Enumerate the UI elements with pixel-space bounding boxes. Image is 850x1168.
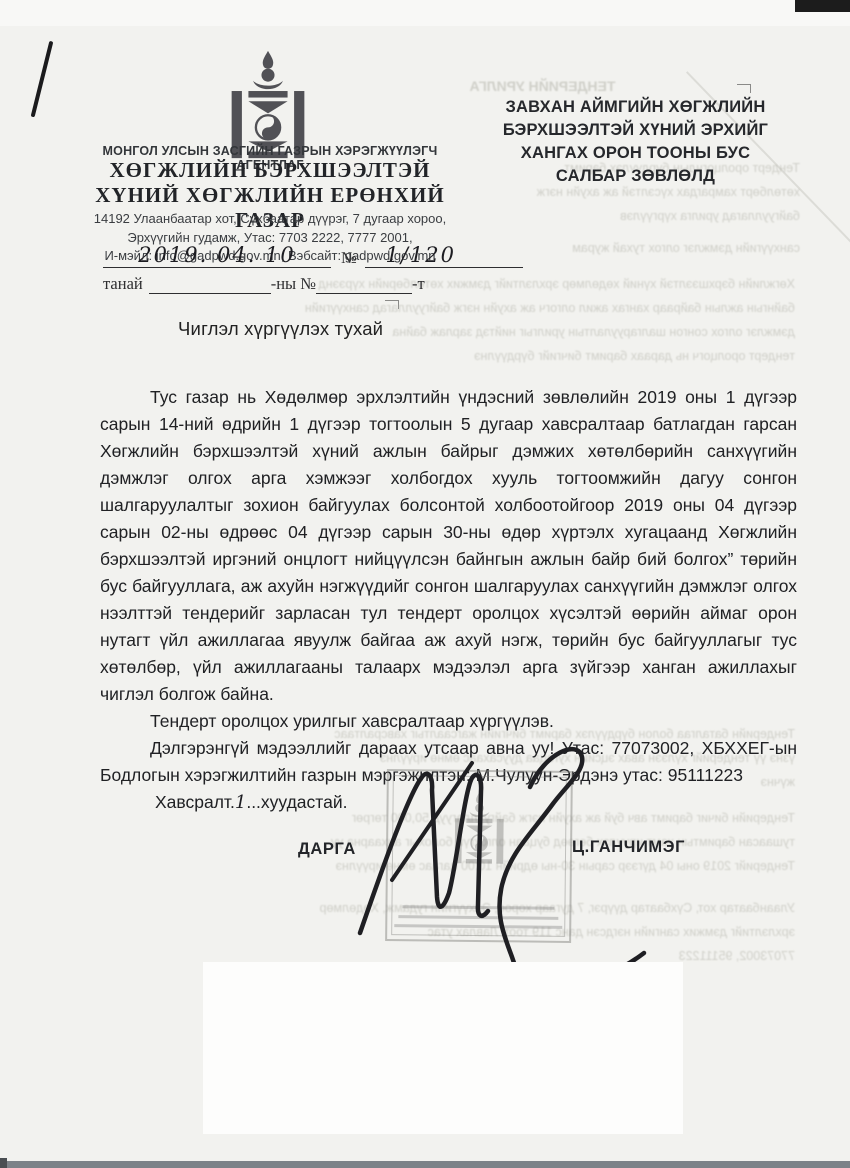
reply-suffix: -т [412,274,425,294]
bleedthrough-line: байгууллагад урилга хүргүүлэв [430,204,800,228]
recipient-line: ХАНГАХ ОРОН ТООНЫ БУС [468,142,803,165]
signature-stroke [360,774,488,933]
scan-corner-mark [795,0,850,12]
scanned-letter-page: ТЕНДЕРИЙН УРИЛГА Тендерт оролцогчдын бүр… [0,0,850,1168]
bleedthrough-line: байнгын ажлын байраар хангах ажил олгогч… [58,296,795,320]
crop-corner-bracket [737,84,751,93]
attachment-prefix: Хавсралт. [155,792,235,812]
bleedthrough-title: ТЕНДЕРИЙН УРИЛГА [425,74,660,98]
subject-line: Чиглэл хүргүүлэх тухай [178,318,383,340]
body-paragraph-1: Тус газар нь Хөдөлмөр эрхлэлтийн үндэсни… [100,384,797,708]
pen-slash-mark [31,41,53,118]
recipient-line: БЭРХШЭЭЛТЭЙ ХҮНИЙ ЭРХИЙГ [468,119,803,142]
bleedthrough-line: тендерт оролцогч нь дараах баримт бичгий… [58,344,795,368]
numero-symbol: № [341,248,357,268]
reply-reference-row: танай -ны № -т [103,274,425,294]
reference-date: 2019. 04. 10 [103,243,331,268]
reply-underline [316,279,412,294]
body-paragraph-2: Тендерт оролцох урилгыг хавсралтаар хүрг… [100,708,797,735]
reference-underline [477,253,523,268]
bleedthrough-line: дэмжлэг олгох сонгон шалгаруулалтын урил… [58,320,795,344]
recipient-block: ЗАВХАН АЙМГИЙН ХӨГЖЛИЙН БЭРХШЭЭЛТЭЙ ХҮНИ… [468,96,803,188]
bleedthrough-line: ТЕНДЕРИЙН УРИЛГА [425,74,660,98]
recipient-line: САЛБАР ЗӨВЛӨЛД [468,165,803,188]
address-line1: 14192 Улаанбаатар хот, Сүхбаатар дүүрэг,… [85,210,455,229]
reply-mid: -ны № [271,274,316,294]
reply-prefix: танай [103,274,143,294]
attachment-count-handwritten: 1 [235,792,246,813]
blank-white-patch [203,962,683,1134]
reply-underline [149,279,271,294]
scan-bottom-corner [0,1158,7,1168]
reference-row: 2019. 04. 10 № 1/120 [103,243,523,268]
scan-bottom-edge [0,1161,850,1168]
recipient-line: ЗАВХАН АЙМГИЙН ХӨГЖЛИЙН [468,96,803,119]
scan-top-band [0,0,850,26]
org-name-line1: ХӨГЖЛИЙН БЭРХШЭЭЛТЭЙ [85,158,455,183]
reference-number: 1/120 [365,243,477,268]
